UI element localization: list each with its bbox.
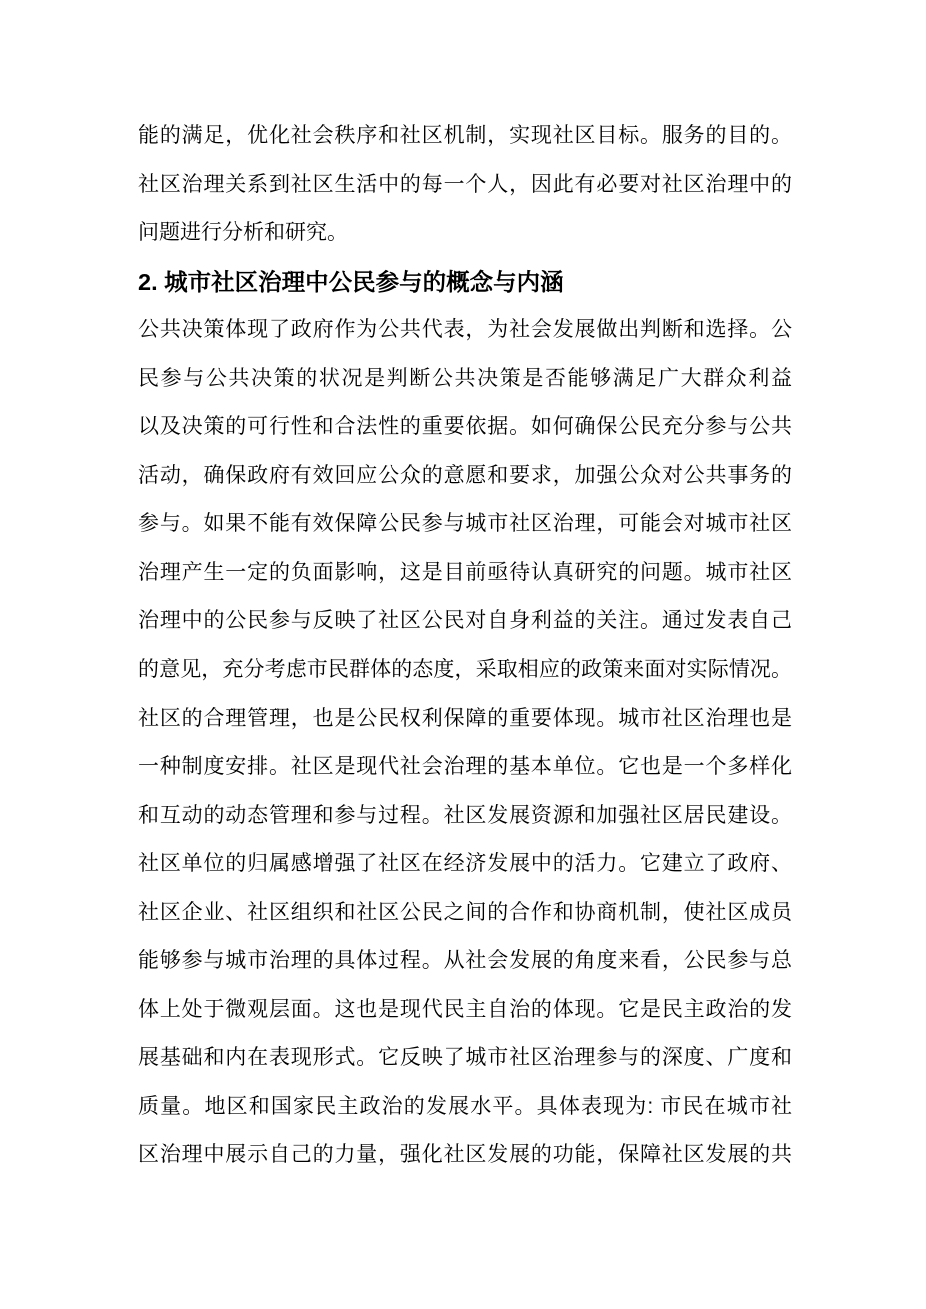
text-line: 和互动的动态管理和参与过程。社区发展资源和加强社区居民建设。: [138, 792, 792, 841]
section-heading: 2. 城市社区治理中公民参与的概念与内涵: [138, 258, 792, 307]
text-line: 的意见，充分考虑市民群体的态度，采取相应的政策来面对实际情况。: [138, 646, 792, 695]
text-line: 社区企业、社区组织和社区公民之间的合作和协商机制，使社区成员: [138, 889, 792, 938]
text-line: 治理中的公民参与反映了社区公民对自身利益的关注。通过发表自己: [138, 597, 792, 646]
text-line: 活动，确保政府有效回应公众的意愿和要求，加强公众对公共事务的: [138, 452, 792, 501]
text-line: 体上处于微观层面。这也是现代民主自治的体现。它是民主政治的发: [138, 986, 792, 1035]
text-line: 社区治理关系到社区生活中的每一个人，因此有必要对社区治理中的: [138, 161, 792, 210]
text-line: 社区单位的归属感增强了社区在经济发展中的活力。它建立了政府、: [138, 840, 792, 889]
text-line: 问题进行分析和研究。: [138, 209, 792, 258]
text-line: 能够参与城市治理的具体过程。从社会发展的角度来看，公民参与总: [138, 937, 792, 986]
text-line: 民参与公共决策的状况是判断公共决策是否能够满足广大群众利益: [138, 355, 792, 404]
text-line: 公共决策体现了政府作为公共代表，为社会发展做出判断和选择。公: [138, 306, 792, 355]
text-line: 区治理中展示自己的力量，强化社区发展的功能，保障社区发展的共: [138, 1131, 792, 1180]
text-line: 一种制度安排。社区是现代社会治理的基本单位。它也是一个多样化: [138, 743, 792, 792]
text-line: 治理产生一定的负面影响，这是目前亟待认真研究的问题。城市社区: [138, 549, 792, 598]
text-line: 以及决策的可行性和合法性的重要依据。如何确保公民充分参与公共: [138, 403, 792, 452]
document-page: 能的满足，优化社会秩序和社区机制，实现社区目标。服务的目的。 社区治理关系到社区…: [0, 0, 926, 1309]
text-line: 质量。地区和国家民主政治的发展水平。具体表现为: 市民在城市社: [138, 1083, 792, 1132]
text-line: 社区的合理管理，也是公民权利保障的重要体现。城市社区治理也是: [138, 695, 792, 744]
text-line: 展基础和内在表现形式。它反映了城市社区治理参与的深度、广度和: [138, 1034, 792, 1083]
text-line: 能的满足，优化社会秩序和社区机制，实现社区目标。服务的目的。: [138, 112, 792, 161]
text-line: 参与。如果不能有效保障公民参与城市社区治理，可能会对城市社区: [138, 500, 792, 549]
